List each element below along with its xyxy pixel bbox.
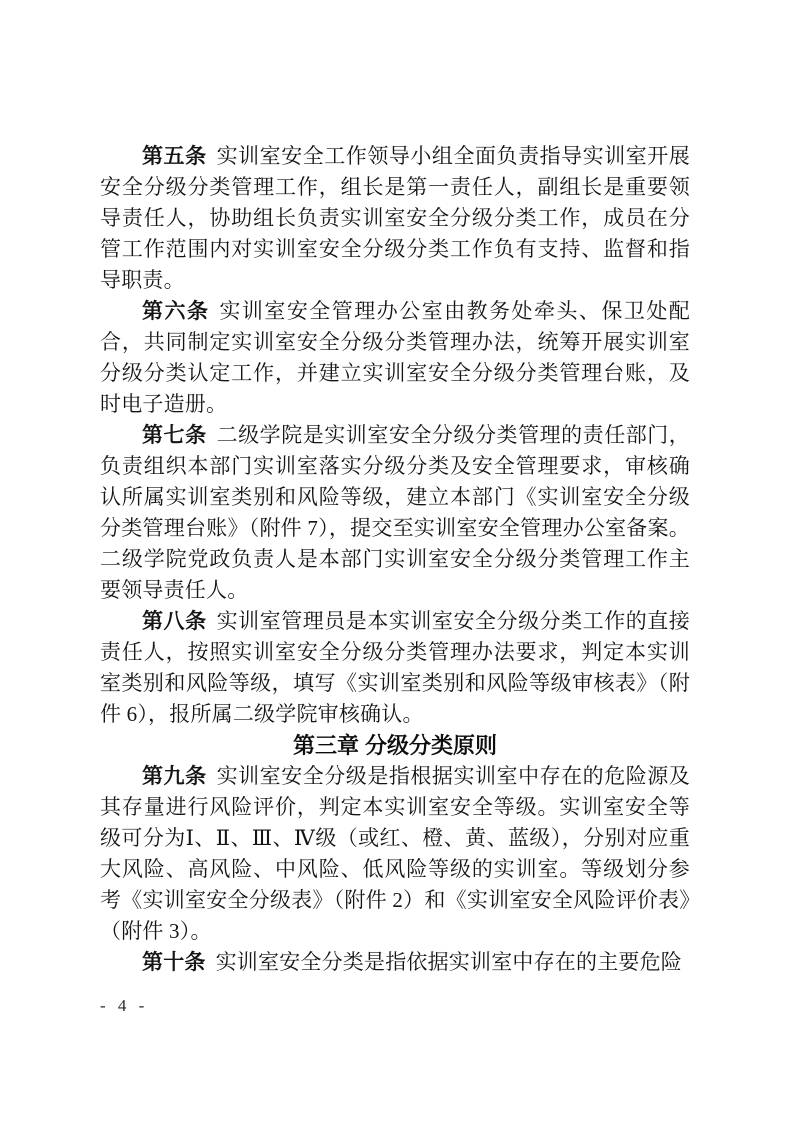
article-number-label: 第八条 <box>142 610 207 633</box>
article-paragraph: 第六条实训室安全管理办公室由教务处牵头、保卫处配合，共同制定实训室安全分级分类管… <box>100 296 690 420</box>
article-paragraph: 第五条实训室安全工作领导小组全面负责指导实训室开展安全分级分类管理工作，组长是第… <box>100 141 690 296</box>
article-number-label: 第十条 <box>142 951 206 974</box>
chapter-heading: 第三章 分级分类原则 <box>100 730 690 761</box>
article-number-label: 第六条 <box>142 300 209 323</box>
page-number-footer: - 4 - <box>100 996 148 1016</box>
article-paragraph: 第十条实训室安全分类是指依据实训室中存在的主要危险 <box>100 947 690 978</box>
article-text: 实训室安全分级是指根据实训室中存在的危险源及其存量进行风险评价，判定本实训室安全… <box>100 764 690 943</box>
article-text: 实训室安全分类是指依据实训室中存在的主要危险 <box>216 950 682 974</box>
article-paragraph: 第九条实训室安全分级是指根据实训室中存在的危险源及其存量进行风险评价，判定本实训… <box>100 761 690 947</box>
article-number-label: 第七条 <box>142 424 207 447</box>
document-body: 第五条实训室安全工作领导小组全面负责指导实训室开展安全分级分类管理工作，组长是第… <box>100 141 690 978</box>
document-page: 第五条实训室安全工作领导小组全面负责指导实训室开展安全分级分类管理工作，组长是第… <box>0 0 793 1122</box>
article-number-label: 第五条 <box>142 145 207 168</box>
article-text: 二级学院是实训室安全分级分类管理的责任部门，负责组织本部门实训室落实分级分类及安… <box>100 423 690 602</box>
article-paragraph: 第七条二级学院是实训室安全分级分类管理的责任部门，负责组织本部门实训室落实分级分… <box>100 420 690 606</box>
article-number-label: 第九条 <box>142 765 207 788</box>
article-paragraph: 第八条实训室管理员是本实训室安全分级分类工作的直接责任人，按照实训室安全分级分类… <box>100 606 690 730</box>
